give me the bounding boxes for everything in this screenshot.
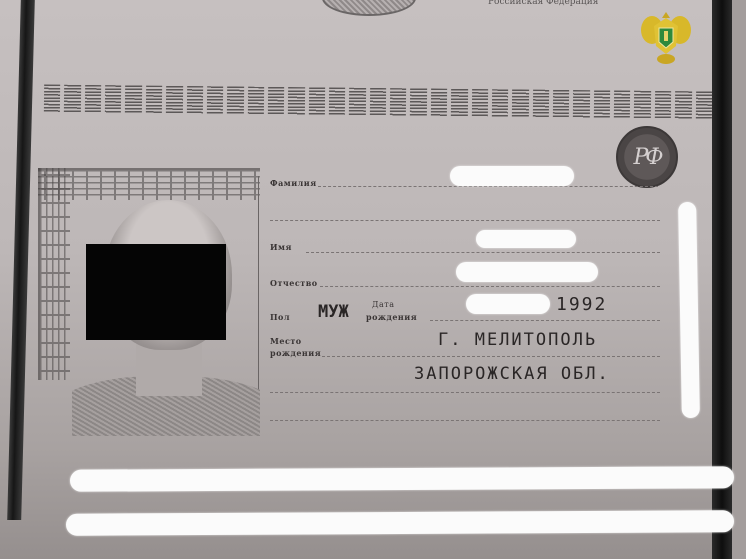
line-surname-2 — [270, 220, 660, 221]
label-birth-place-2: рождения — [270, 348, 321, 358]
line-patronymic — [320, 286, 660, 287]
line-birth-date — [430, 320, 660, 321]
page-edge — [732, 0, 746, 559]
ornament-border-left — [38, 168, 70, 380]
value-birth-region: ЗАПОРОЖСКАЯ ОБЛ. — [414, 364, 610, 384]
face-censor-bar — [86, 244, 226, 340]
label-birth-date-2: рождения — [366, 312, 417, 322]
redaction-vertical-number — [678, 202, 700, 418]
label-name: Имя — [270, 242, 292, 252]
line-name — [306, 252, 660, 253]
label-sex: Пол — [270, 312, 290, 322]
line-surname — [318, 186, 658, 187]
line-birth-place — [322, 356, 660, 357]
label-birth-date-1: Дата — [372, 300, 394, 309]
label-surname: Фамилия — [270, 178, 317, 188]
label-patronymic: Отчество — [270, 278, 318, 288]
passport-binding-left — [7, 0, 35, 520]
redaction-mrz-line-1 — [70, 466, 734, 491]
rf-monogram: РФ — [633, 145, 660, 170]
value-sex: МУЖ — [318, 302, 349, 322]
line-blank — [270, 420, 660, 421]
redaction-birth-date — [466, 294, 550, 314]
top-seal — [322, 0, 416, 16]
redaction-surname — [450, 166, 574, 186]
value-birth-year: 1992 — [556, 294, 607, 315]
label-birth-place-1: Место — [270, 336, 302, 346]
barcode-stripe — [44, 85, 712, 120]
emblem-icon — [640, 6, 692, 66]
redaction-mrz-line-2 — [66, 510, 734, 535]
value-birth-city: Г. МЕЛИТОПОЛЬ — [438, 330, 597, 350]
rf-monogram-seal: РФ — [616, 126, 678, 188]
redaction-patronymic — [456, 262, 598, 282]
redaction-name — [476, 230, 576, 248]
top-caption: Российская Федерация — [488, 0, 598, 7]
line-birth-place-2 — [270, 392, 660, 393]
